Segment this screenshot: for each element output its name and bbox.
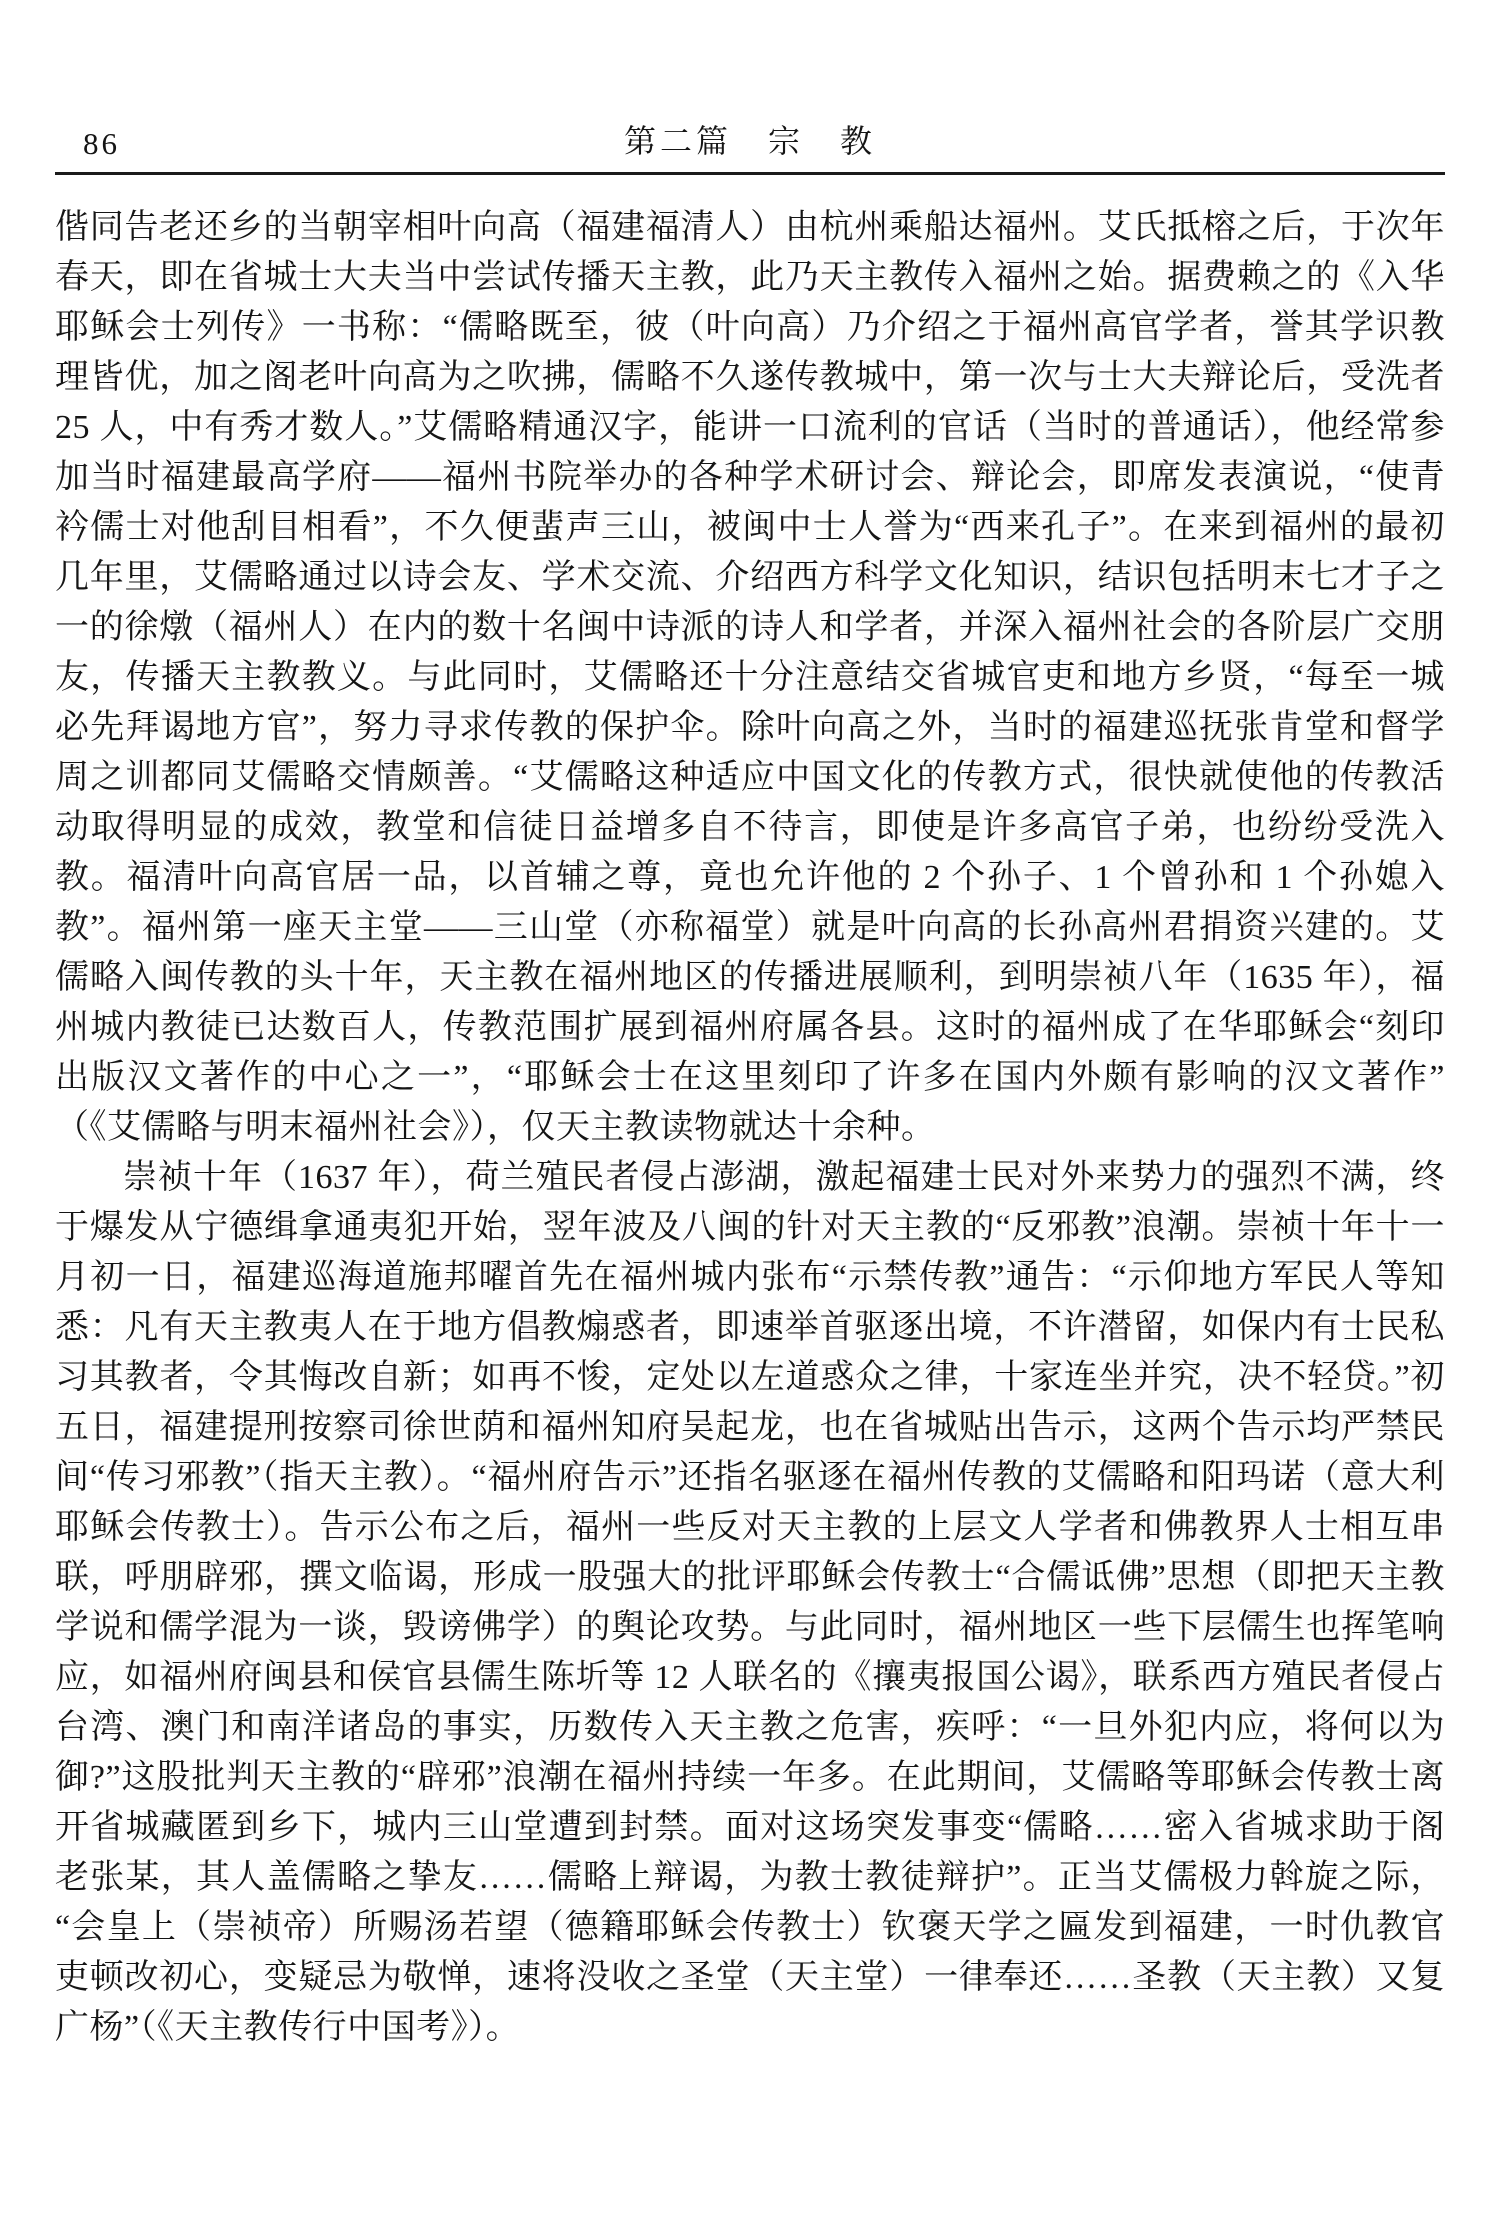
running-header-title: 第二篇 宗 教 [55,116,1445,162]
body-text: 偕同告老还乡的当朝宰相叶向高（福建福清人）由杭州乘船达福州。艾氏抵榕之后，于次年… [55,203,1445,2053]
running-header: 86 第二篇 宗 教 [55,112,1445,168]
book-page: 86 第二篇 宗 教 偕同告老还乡的当朝宰相叶向高（福建福清人）由杭州乘船达福州… [0,0,1500,2229]
paragraph: 崇祯十年（1637 年），荷兰殖民者侵占澎湖，激起福建士民对外来势力的强烈不满，… [55,1153,1445,2053]
paragraph-continuation: 偕同告老还乡的当朝宰相叶向高（福建福清人）由杭州乘船达福州。艾氏抵榕之后，于次年… [55,203,1445,1153]
header-rule [55,172,1445,175]
